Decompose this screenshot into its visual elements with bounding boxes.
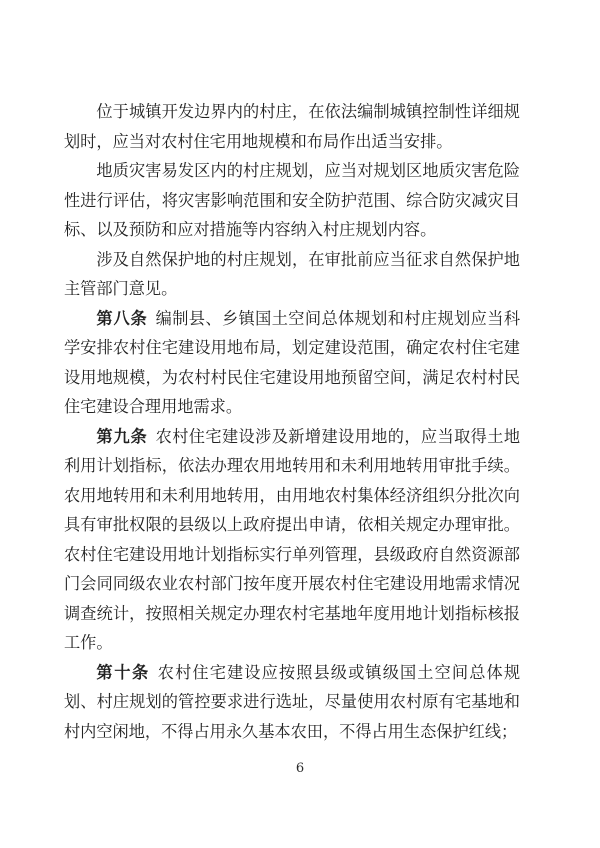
document-body: 位于城镇开发边界内的村庄，在依法编制城镇控制性详细规划时，应当对农村住宅用地规模… (64, 97, 520, 746)
article-term-10: 第十条 (96, 663, 149, 682)
paragraph: 第八条编制县、乡镇国土空间总体规划和村庄规划应当科学安排农村住宅建设用地布局，划… (64, 304, 520, 422)
article-term-8: 第八条 (96, 309, 147, 328)
paragraph-text: 涉及自然保护地的村庄规划，在审批前应当征求自然保护地主管部门意见。 (64, 250, 520, 299)
paragraph-text: 农村住宅建设涉及新增建设用地的，应当取得土地利用计划指标，依法办理农用地转用和未… (64, 427, 520, 653)
paragraph: 涉及自然保护地的村庄规划，在审批前应当征求自然保护地主管部门意见。 (64, 245, 520, 304)
paragraph-text: 位于城镇开发边界内的村庄，在依法编制城镇控制性详细规划时，应当对农村住宅用地规模… (64, 102, 520, 151)
paragraph: 地质灾害易发区内的村庄规划，应当对规划区地质灾害危险性进行评估，将灾害影响范围和… (64, 156, 520, 245)
paragraph-text: 地质灾害易发区内的村庄规划，应当对规划区地质灾害危险性进行评估，将灾害影响范围和… (64, 161, 520, 239)
paragraph: 位于城镇开发边界内的村庄，在依法编制城镇控制性详细规划时，应当对农村住宅用地规模… (64, 97, 520, 156)
paragraph: 第九条农村住宅建设涉及新增建设用地的，应当取得土地利用计划指标，依法办理农用地转… (64, 422, 520, 658)
page-number: 6 (0, 761, 600, 777)
document-page: 位于城镇开发边界内的村庄，在依法编制城镇控制性详细规划时，应当对农村住宅用地规模… (0, 0, 600, 848)
paragraph: 第十条农村住宅建设应按照县级或镇级国土空间总体规划、村庄规划的管控要求进行选址，… (64, 658, 520, 747)
article-term-9: 第九条 (96, 427, 147, 446)
